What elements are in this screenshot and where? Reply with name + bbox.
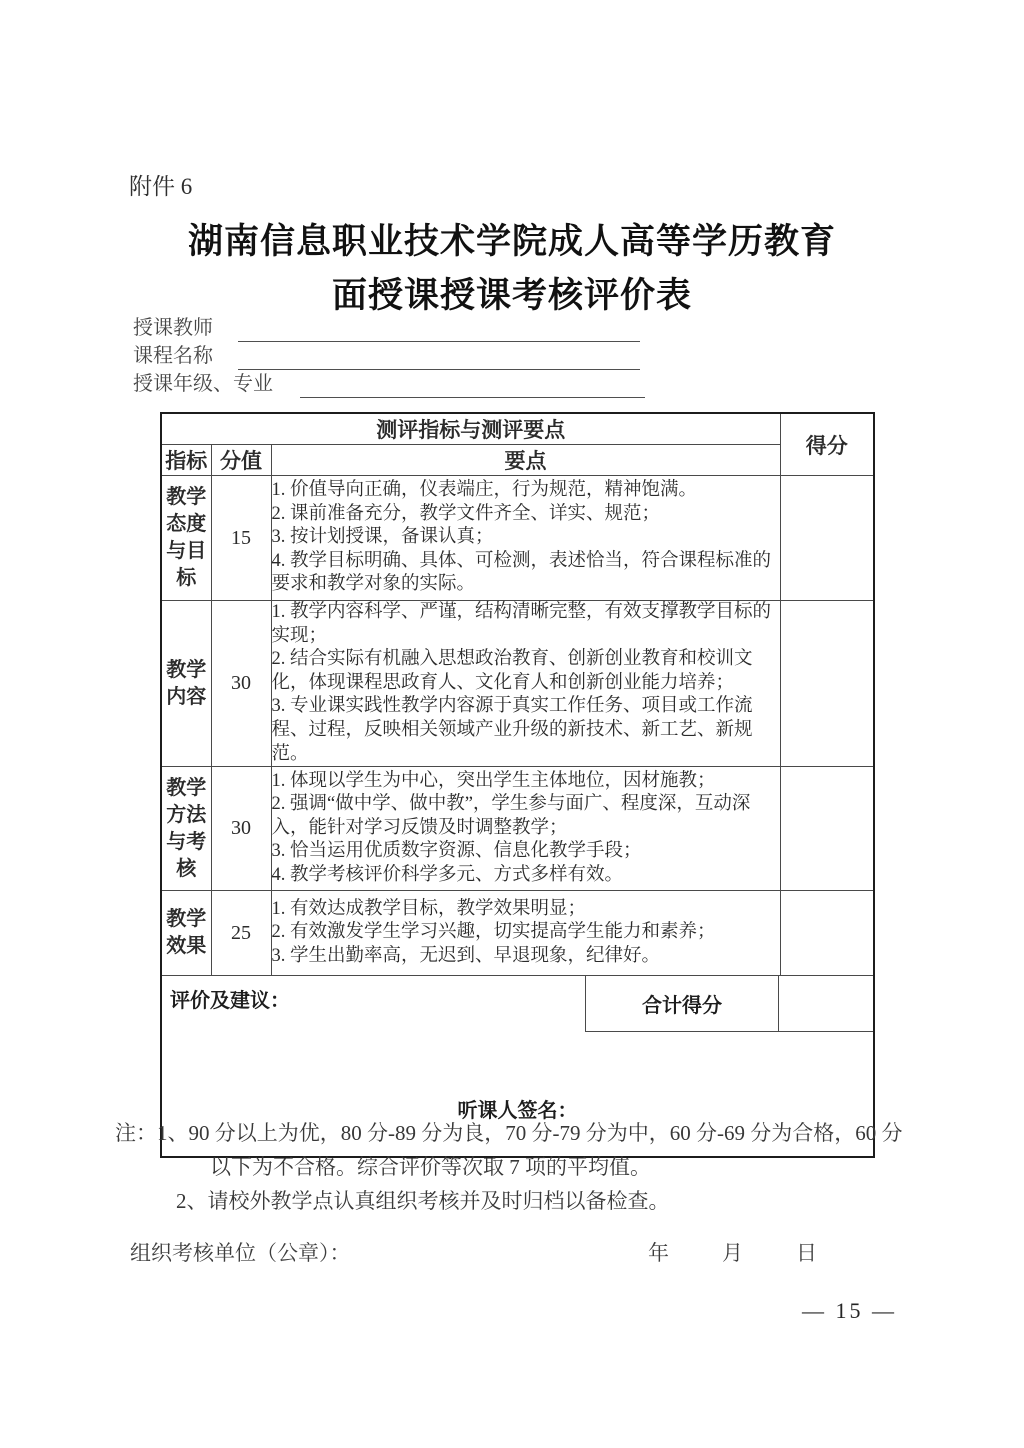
group-header-cell: 测评指标与测评要点 xyxy=(161,413,780,445)
indicator-column-header: 指标 xyxy=(161,445,211,476)
keypoint-line: 4. 教学目标明确、具体、可检测，表述恰当，符合课程标准的要求和教学对象的实际。 xyxy=(272,550,780,597)
points-cell: 30 xyxy=(211,601,271,767)
keypoint-line: 3. 学生出勤率高，无迟到、早退现象，纪律好。 xyxy=(272,945,780,969)
document-title-line1: 湖南信息职业技术学院成人高等学历教育 xyxy=(0,215,1024,269)
points-cell: 30 xyxy=(211,767,271,891)
table-column-header-row: 指标 分值 要点 xyxy=(161,445,874,476)
points-column-header: 分值 xyxy=(211,445,271,476)
points-cell: 25 xyxy=(211,891,271,976)
grade-major-field-blank-line xyxy=(300,377,645,398)
date-line: 年月日 xyxy=(648,1237,817,1267)
course-field: 课程名称 xyxy=(133,342,645,370)
organization-seal-label: 组织考核单位（公章）： xyxy=(130,1237,351,1267)
keypoint-line: 1. 价值导向正确，仪表端庄，行为规范，精神饱满。 xyxy=(272,479,780,503)
table-row: 教学方法与考核 30 1. 体现以学生为中心，突出学生主体地位，因材施教； 2.… xyxy=(161,767,874,891)
keypoints-cell: 1. 有效达成教学目标，教学效果明显； 2. 有效激发学生学习兴趣，切实提高学生… xyxy=(271,891,780,976)
table-row: 教学态度与目标 15 1. 价值导向正确，仪表端庄，行为规范，精神饱满。 2. … xyxy=(161,476,874,601)
keypoint-line: 2. 课前准备充分，教学文件齐全、详实、规范； xyxy=(272,503,780,527)
total-score-label: 合计得分 xyxy=(586,976,779,1031)
keypoint-line: 2. 结合实际有机融入思想政治教育、创新创业教育和校训文化，体现课程思政育人、文… xyxy=(272,648,780,695)
notes-section: 注：1、90 分以上为优，80 分-89 分为良，70 分-79 分为中，60 … xyxy=(115,1116,915,1218)
grade-major-field-label: 授课年级、专业 xyxy=(133,373,273,395)
keypoints-cell: 1. 价值导向正确，仪表端庄，行为规范，精神饱满。 2. 课前准备充分，教学文件… xyxy=(271,476,780,601)
note-item-2: 2、请校外教学点认真组织考核并及时归档以备检查。 xyxy=(115,1184,915,1218)
evaluation-table: 测评指标与测评要点 得分 指标 分值 要点 教学态度与目标 15 1. 价值导向… xyxy=(160,412,875,1158)
document-page: 附件 6 湖南信息职业技术学院成人高等学历教育 面授课授课考核评价表 授课教师 … xyxy=(0,0,1024,1448)
keypoint-line: 3. 按计划授课，备课认真； xyxy=(272,526,780,550)
date-year-label: 年 xyxy=(648,1241,669,1265)
table-row: 教学内容 30 1. 教学内容科学、严谨，结构清晰完整，有效支撑教学目标的实现；… xyxy=(161,601,874,767)
grade-major-field: 授课年级、专业 xyxy=(133,370,645,398)
attachment-label: 附件 6 xyxy=(129,168,192,201)
total-score-value-cell xyxy=(779,976,873,1031)
form-fields: 授课教师 课程名称 授课年级、专业 xyxy=(133,314,645,398)
indicator-cell: 教学效果 xyxy=(161,891,211,976)
score-cell xyxy=(780,767,874,891)
indicator-cell: 教学态度与目标 xyxy=(161,476,211,601)
keypoint-line: 1. 体现以学生为中心，突出学生主体地位，因材施教； xyxy=(272,770,780,794)
keypoint-line: 3. 专业课实践性教学内容源于真实工作任务、项目或工作流程、过程，反映相关领域产… xyxy=(272,695,780,766)
keypoint-line: 4. 教学考核评价科学多元、方式多样有效。 xyxy=(272,864,780,888)
keypoint-line: 3. 恰当运用优质数字资源、信息化教学手段； xyxy=(272,840,780,864)
date-month-label: 月 xyxy=(722,1241,743,1265)
keypoint-line: 1. 有效达成教学目标，教学效果明显； xyxy=(272,898,780,922)
table-group-header-row: 测评指标与测评要点 得分 xyxy=(161,413,874,445)
keypoint-line: 2. 强调“做中学、做中教”，学生参与面广、程度深，互动深入，能针对学习反馈及时… xyxy=(272,793,780,840)
document-title: 湖南信息职业技术学院成人高等学历教育 面授课授课考核评价表 xyxy=(0,215,1024,323)
keypoints-cell: 1. 体现以学生为中心，突出学生主体地位，因材施教； 2. 强调“做中学、做中教… xyxy=(271,767,780,891)
indicator-cell: 教学内容 xyxy=(161,601,211,767)
keypoints-cell: 1. 教学内容科学、严谨，结构清晰完整，有效支撑教学目标的实现； 2. 结合实际… xyxy=(271,601,780,767)
keypoint-line: 1. 教学内容科学、严谨，结构清晰完整，有效支撑教学目标的实现； xyxy=(272,601,780,648)
teacher-field: 授课教师 xyxy=(133,314,645,342)
score-cell xyxy=(780,891,874,976)
date-day-label: 日 xyxy=(796,1241,817,1265)
score-column-header: 得分 xyxy=(780,413,874,476)
score-cell xyxy=(780,601,874,767)
keypoint-line: 2. 有效激发学生学习兴趣，切实提高学生能力和素养； xyxy=(272,921,780,945)
indicator-cell: 教学方法与考核 xyxy=(161,767,211,891)
table-row: 教学效果 25 1. 有效达成教学目标，教学效果明显； 2. 有效激发学生学习兴… xyxy=(161,891,874,976)
score-cell xyxy=(780,476,874,601)
teacher-field-label: 授课教师 xyxy=(133,317,213,339)
evaluation-suggestion-label: 评价及建议： xyxy=(170,984,290,1013)
course-field-blank-line xyxy=(238,349,640,370)
page-number: — 15 — xyxy=(802,1298,897,1324)
total-score-box: 合计得分 xyxy=(585,976,873,1032)
course-field-label: 课程名称 xyxy=(133,345,213,367)
teacher-field-blank-line xyxy=(238,321,640,342)
note-item-1: 注：1、90 分以上为优，80 分-89 分为良，70 分-79 分为中，60 … xyxy=(115,1116,915,1184)
points-cell: 15 xyxy=(211,476,271,601)
keypoints-column-header: 要点 xyxy=(271,445,780,476)
